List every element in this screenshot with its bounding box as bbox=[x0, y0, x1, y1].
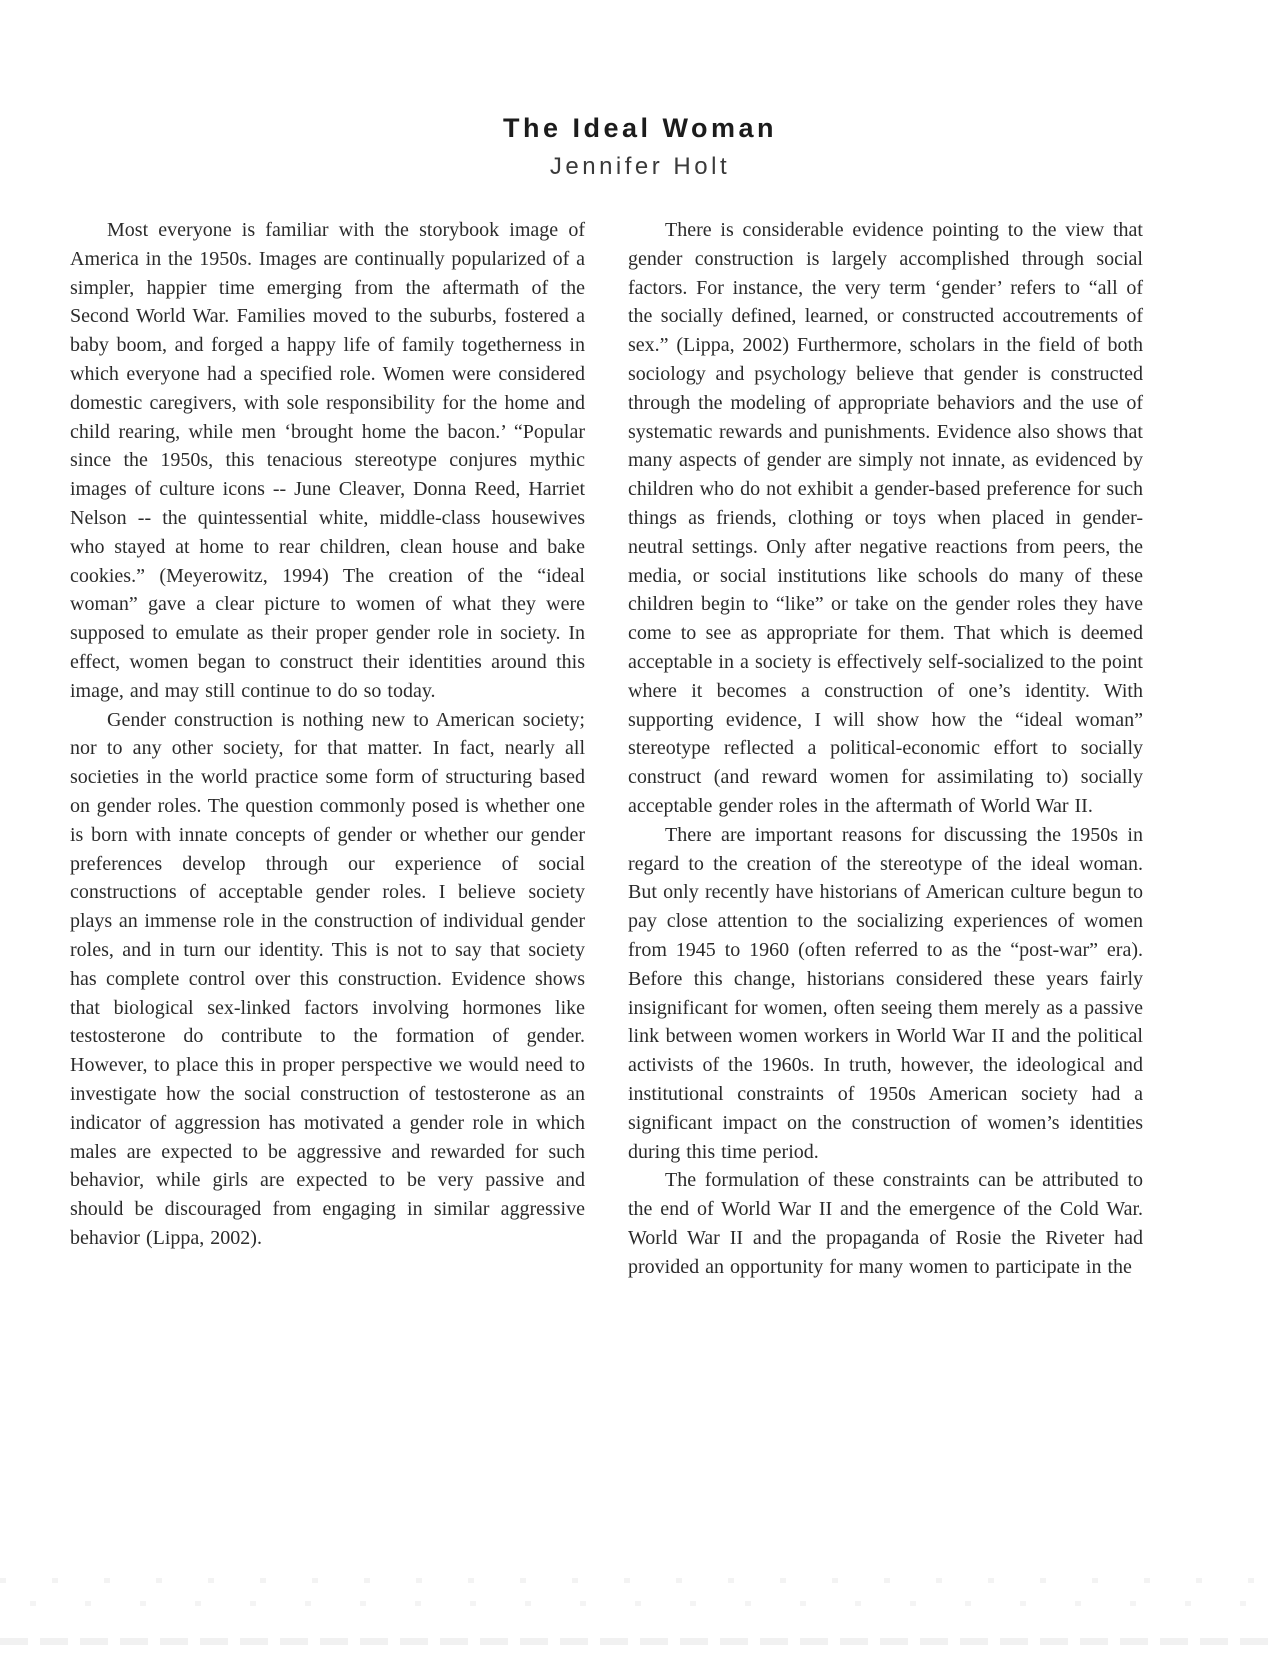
document-page: The Ideal Woman Jennifer Holt Most every… bbox=[0, 0, 1280, 1656]
scan-bleedthrough-artifact bbox=[0, 1601, 1280, 1606]
left-column: Most everyone is familiar with the story… bbox=[70, 216, 585, 1281]
right-column: There is considerable evidence pointing … bbox=[628, 216, 1143, 1281]
paragraph: Gender construction is nothing new to Am… bbox=[70, 706, 585, 1253]
scan-bleedthrough-artifact bbox=[0, 1578, 1280, 1583]
article-title: The Ideal Woman bbox=[0, 112, 1280, 144]
two-column-body: Most everyone is familiar with the story… bbox=[0, 216, 1280, 1281]
paragraph: There is considerable evidence pointing … bbox=[628, 216, 1143, 821]
paragraph: There are important reasons for discussi… bbox=[628, 821, 1143, 1167]
paragraph: Most everyone is familiar with the story… bbox=[70, 216, 585, 706]
paragraph: The formulation of these constraints can… bbox=[628, 1166, 1143, 1281]
article-byline: Jennifer Holt bbox=[0, 152, 1280, 182]
scan-bleedthrough-artifact bbox=[0, 1638, 1280, 1645]
article-header: The Ideal Woman Jennifer Holt bbox=[0, 0, 1280, 182]
